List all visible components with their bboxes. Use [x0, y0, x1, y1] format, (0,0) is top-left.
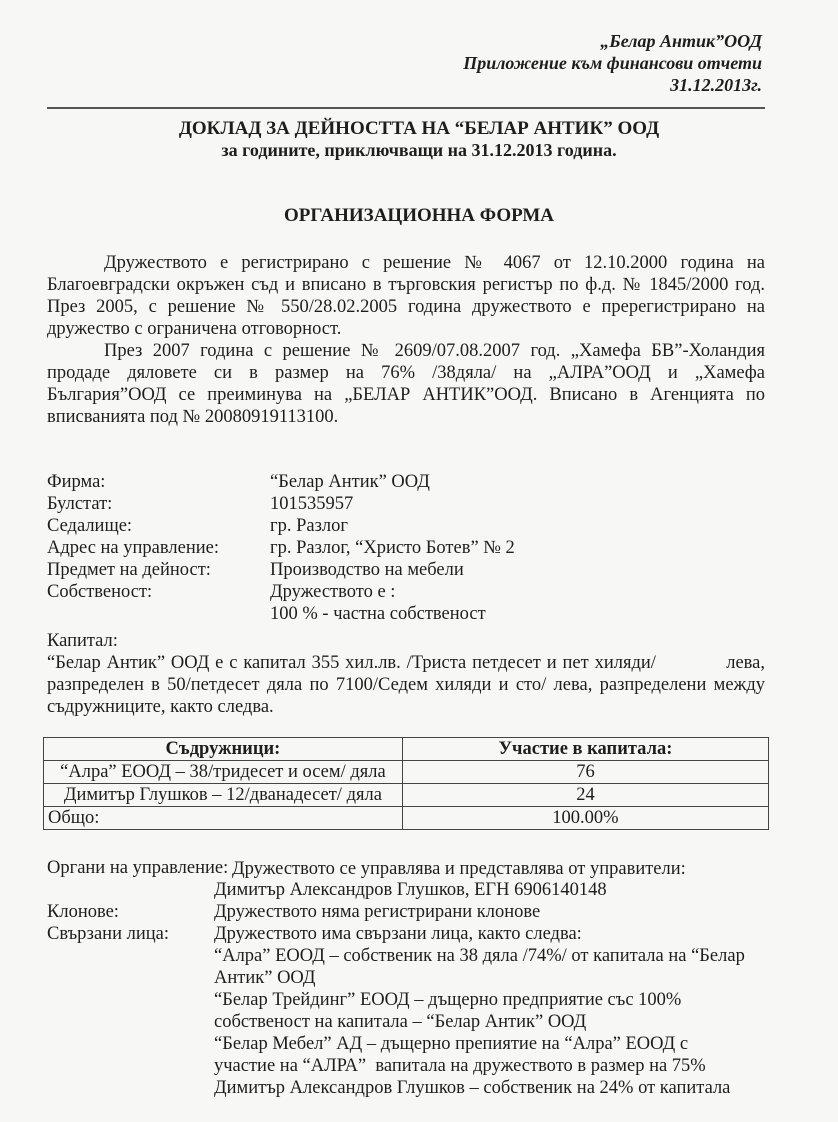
related-line: участие на “АЛРА” вапитала на дружествот…: [214, 1056, 706, 1077]
table-header-row: Съдружници: Участие в капитала:: [44, 738, 769, 761]
branches-label: Клонове:: [47, 902, 119, 923]
related-line: “Белар Мебел” АД – дъщерно препиятие на …: [214, 1034, 688, 1055]
info-value-bulstat: 101535957: [270, 494, 353, 515]
paragraph-line: дружество с ограничена отговорност.: [47, 318, 765, 340]
partner-share: 24: [402, 784, 768, 807]
paragraph-line: Дружеството е регистрирано с решение № 4…: [47, 252, 765, 274]
related-label: Свързани лица:: [47, 924, 169, 945]
column-header-share: Участие в капитала:: [402, 738, 768, 761]
paragraph-line: съдружниците, както следва.: [47, 696, 765, 718]
info-value-firm: “Белар Антик” ООД: [270, 472, 430, 493]
info-label-seat: Седалище:: [47, 516, 132, 537]
management-text: Дружеството се управлява и представлява …: [232, 858, 686, 880]
related-line: “Белар Трейдинг” ЕООД – дъщерно предприя…: [214, 990, 681, 1011]
column-header-partners: Съдружници:: [44, 738, 403, 761]
info-label-ownership: Собственост:: [47, 582, 152, 603]
partner-name: Димитър Глушков – 12/дванадесет/ дяла: [44, 784, 403, 807]
header-subtitle: Приложение към финансови отчети: [463, 52, 762, 74]
related-line: собственост на капитала – “Белар Антик” …: [214, 1012, 586, 1033]
info-value-activity: Производство на мебели: [270, 560, 464, 581]
partner-share: 76: [402, 761, 768, 784]
report-title: ДОКЛАД ЗА ДЕЙНОСТТА НА “БЕЛАР АНТИК” ООД: [0, 118, 838, 140]
management-label: Органи на управление:: [47, 858, 228, 879]
info-label-firm: Фирма:: [47, 472, 105, 493]
paragraph-line: През 2007 година с решение № 2609/07.08.…: [47, 340, 765, 362]
table-row: “Алра” ЕООД – 38/тридесет и осем/ дяла 7…: [44, 761, 769, 784]
paragraph-line: разпределен в 50/петдесет дяла по 7100/С…: [47, 674, 765, 696]
info-label-address: Адрес на управление:: [47, 538, 219, 559]
related-line: Дружеството има свързани лица, както сле…: [214, 924, 582, 945]
paragraph-registration: Дружеството е регистрирано с решение № 4…: [47, 252, 765, 340]
paragraph-line: През 2005, с решение № 550/28.02.2005 го…: [47, 296, 765, 318]
capital-label: Капитал:: [47, 630, 118, 652]
table-total-row: Общо: 100.00%: [44, 807, 769, 830]
table-row: Димитър Глушков – 12/дванадесет/ дяла 24: [44, 784, 769, 807]
total-label: Общо:: [44, 807, 403, 830]
paragraph-line: Благоевградски окръжен съд и вписано в т…: [47, 274, 765, 296]
management-manager: Димитър Александров Глушков, ЕГН 6906140…: [214, 880, 607, 901]
header-company: „Белар Антик”ООД: [600, 30, 762, 52]
paragraph-history: През 2007 година с решение № 2609/07.08.…: [47, 340, 765, 428]
branches-value: Дружеството няма регистрирани клонове: [214, 902, 540, 923]
info-value-address: гр. Разлог, “Христо Ботев” № 2: [270, 538, 515, 559]
info-label-bulstat: Булстат:: [47, 494, 112, 515]
paragraph-line: продаде дяловете си в размер на 76% /38д…: [47, 362, 765, 384]
info-value-ownership: Дружеството е :: [270, 582, 395, 603]
report-subtitle: за годините, приключващи на 31.12.2013 г…: [0, 140, 838, 161]
related-line: Антик” ООД: [214, 968, 316, 989]
related-line: Димитър Александров Глушков – собственик…: [214, 1078, 730, 1099]
capital-paragraph: “Белар Антик” ООД е с капитал 355 хил.лв…: [47, 652, 765, 718]
related-line: “Алра” ЕООД – собственик на 38 дяла /74%…: [214, 946, 745, 967]
paragraph-line: България”ООД се преиминува на „БЕЛАР АНТ…: [47, 384, 765, 406]
partners-table: Съдружници: Участие в капитала: “Алра” Е…: [43, 737, 769, 830]
total-value: 100.00%: [402, 807, 768, 830]
paragraph-line: “Белар Антик” ООД е с капитал 355 хил.лв…: [47, 652, 765, 674]
info-label-activity: Предмет на дейност:: [47, 560, 211, 581]
paragraph-line: вписванията под № 20080919113100.: [47, 406, 765, 428]
partner-name: “Алра” ЕООД – 38/тридесет и осем/ дяла: [44, 761, 403, 784]
info-value-ownership-detail: 100 % - частна собственост: [270, 604, 486, 625]
header-divider: [47, 107, 765, 109]
section-title: ОРГАНИЗАЦИОННА ФОРМА: [0, 205, 838, 227]
info-value-seat: гр. Разлог: [270, 516, 348, 537]
header-date: 31.12.2013г.: [670, 74, 762, 96]
